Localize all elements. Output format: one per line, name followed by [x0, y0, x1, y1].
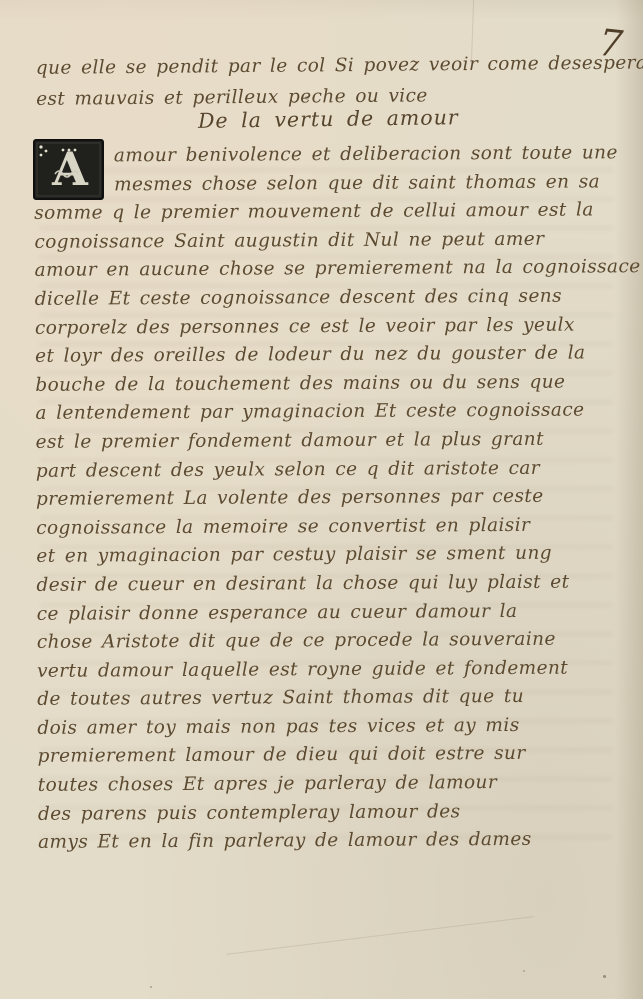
manuscript-line: mesmes chose selon que dit saint thomas …	[34, 168, 640, 200]
parchment-speck	[68, 560, 71, 563]
manuscript-line: a lentendement par ymaginacion Et ceste …	[35, 396, 641, 428]
manuscript-line: ce plaisir donne esperance au cueur damo…	[37, 597, 643, 629]
manuscript-line: chose Aristote dit que de ce procede la …	[37, 625, 643, 657]
manuscript-line: de toutes autres vertuz Saint thomas dit…	[37, 682, 643, 714]
manuscript-line: dicelle Et ceste cognoissance descent de…	[35, 282, 641, 314]
manuscript-line: des parens puis contempleray lamour des	[38, 797, 643, 829]
manuscript-line: est le premier fondement damour et la pl…	[36, 425, 642, 457]
manuscript-line: bouche de la touchement des mains ou du …	[35, 368, 641, 400]
parchment-speck	[603, 975, 606, 978]
manuscript-line: vertu damour laquelle est royne guide et…	[37, 654, 643, 686]
manuscript-line: amour en aucune chose se premierement na…	[35, 254, 641, 286]
manuscript-line: somme q le premier mouvement de cellui a…	[34, 196, 640, 228]
opening-text: que elle se pendit par le col Si povez v…	[36, 47, 643, 115]
manuscript-line: premierement La volente des personnes pa…	[36, 482, 642, 514]
chapter-heading: De la vertu de amour	[198, 105, 459, 133]
manuscript-line: amour benivolence et deliberacion sont t…	[34, 139, 640, 171]
body-text: amour benivolence et deliberacion sont t…	[34, 139, 643, 858]
manuscript-line: premierement lamour de dieu qui doit est…	[37, 740, 643, 772]
parchment-speck	[523, 970, 525, 972]
manuscript-line: dois amer toy mais non pas tes vices et …	[37, 711, 643, 743]
manuscript-line: desir de cueur en desirant la chose qui …	[36, 568, 642, 600]
parchment-crease	[226, 916, 534, 955]
parchment-speck	[305, 96, 309, 100]
manuscript-line: cognoissance Saint augustin dit Nul ne p…	[34, 225, 640, 257]
manuscript-line: et loyr des oreilles de lodeur du nez du…	[35, 339, 641, 371]
manuscript-line: corporelz des personnes ce est le veoir …	[35, 311, 641, 343]
manuscript-line: part descent des yeulx selon ce q dit ar…	[36, 454, 642, 486]
manuscript-page: 7 que elle se pendit par le col Si povez…	[0, 0, 643, 999]
manuscript-line: et en ymaginacion par cestuy plaisir se …	[36, 539, 642, 571]
manuscript-line: amys Et en la fin parleray de lamour des…	[38, 825, 643, 857]
parchment-speck	[150, 986, 152, 988]
manuscript-line: que elle se pendit par le col Si povez v…	[36, 47, 643, 84]
manuscript-line: toutes choses Et apres je parleray de la…	[38, 768, 643, 800]
manuscript-line: cognoissance la memoire se convertist en…	[36, 511, 642, 543]
